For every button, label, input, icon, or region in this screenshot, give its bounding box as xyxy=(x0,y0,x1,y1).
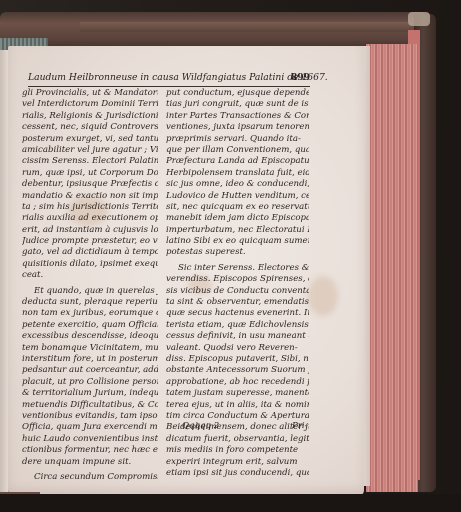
text-line: dicatum fuerit, observantia, legiti- xyxy=(166,434,309,445)
text-line: valeant. Quodsi vero Reveren- xyxy=(166,343,309,354)
text-line: ventiones, juxta ipsarum tenorem xyxy=(166,122,309,133)
text-line: interstitum fore, ut in posterum præ- xyxy=(22,354,158,365)
running-head-title: Laudum Heilbronneuse in causa Wildfangia… xyxy=(28,72,328,83)
catchword: Pri- xyxy=(292,421,308,431)
text-line: experiri integrum erit, salvum xyxy=(166,457,309,468)
text-line: sis vicibus de Conductu conventa ra- xyxy=(166,286,309,297)
text-line: cessent, nec, siquid Controversiæ in xyxy=(22,122,158,133)
text-line: quæ secus hactenus evenerint. In- xyxy=(166,308,309,319)
text-line: huic Laudo convenientibus instru- xyxy=(22,434,158,445)
text-line: Officia, quam Jura exercendi modus, xyxy=(22,422,158,433)
text-line: ventionibus evitandis, tam ipsorum xyxy=(22,411,158,422)
text-line: mandatio & exactio non sit impedi- xyxy=(22,191,158,202)
text-line: manebit idem jam dicto Episcopatui xyxy=(166,213,309,224)
text-line: metuendis Difficultatibus, & Con- xyxy=(22,400,158,411)
book-cover-edge xyxy=(80,22,410,32)
text-line: quisitionis dilato, ipsimet exequi li- xyxy=(22,259,158,270)
text-line: imperturbatum, nec Electoratui Pa- xyxy=(166,225,309,236)
text-line: sit, nec quicquam ex eo reservatum, xyxy=(166,202,309,213)
text-line: mis mediis in foro competente xyxy=(166,445,309,456)
text-line: erit, ad instantiam à cujusvis loci xyxy=(22,225,158,236)
text-line: etiam ipsi sit jus conducendi, quod in xyxy=(166,468,309,479)
text-line: sic jus omne, ideo & conducendi, uti xyxy=(166,179,309,190)
text-line: cessus definivit, in usu maneant & xyxy=(166,331,309,342)
text-line: deducta sunt, pleraque reperiuntur, xyxy=(22,297,158,308)
text-line: terea ejus, ut in aliis, ita & nomina- xyxy=(166,400,309,411)
text-line: gli Provincialis, ut & Mandatorum xyxy=(22,88,158,99)
text-line: Herbipolensem translata fuit, eidem xyxy=(166,168,309,179)
text-line: Præfectura Landa ad Episcopatum xyxy=(166,156,309,167)
text-line: tias juri congruit, quæ sunt de ista xyxy=(166,99,309,110)
text-line: Et quando, quæ in querelas jam xyxy=(22,286,158,297)
text-line: rialis auxilia ad executionem opus xyxy=(22,213,158,224)
text-line: Circa secundum Compromissi ca- xyxy=(22,472,158,483)
text-line: tem bonamque Vicinitatem, multum xyxy=(22,343,158,354)
text-line: obstante Antecessorum Suorum facta xyxy=(166,365,309,376)
text-line: & territorialium Jurium, indeque xyxy=(22,388,158,399)
text-line: Judice prompte præstetur, eo vero ne- xyxy=(22,236,158,247)
signature-mark: Qqqqq 2 xyxy=(182,421,219,431)
text-line: amicabiliter vel jure agatur ; Vi- xyxy=(22,145,158,156)
text-line: gato, vel ad dictidiaum à tempore re- xyxy=(22,247,158,258)
text-line: rum, quæ ipsi, ut Corporum Domino xyxy=(22,168,158,179)
text-line: inter Partes Transactiones & Con- xyxy=(166,111,309,122)
text-line: Sic inter Serenss. Electores & Re- xyxy=(166,263,309,274)
text-line: petente exercitio, quam Officialium xyxy=(22,320,158,331)
running-head: Laudum Heilbronneuse in causa Wildfangia… xyxy=(28,72,310,87)
text-line: rialis, Religionis & Jurisdictionis xyxy=(22,111,158,122)
page-number: 899 xyxy=(291,72,310,83)
text-line: ta ; sim his jurisdictionis Territo- xyxy=(22,202,158,213)
cover-corner-wear xyxy=(408,12,430,26)
text-line: potestas superest. xyxy=(166,247,309,258)
text-line: que per illam Conventionem, quæ xyxy=(166,145,309,156)
text-line: approbatione, ab hoc recedendi facul- xyxy=(166,377,309,388)
book-spine-gutter xyxy=(0,50,8,500)
red-page-edges xyxy=(366,44,418,492)
paper-stain xyxy=(308,276,338,316)
book-cover-bottom xyxy=(0,494,461,512)
text-line: non tam ex juribus, eorumque com- xyxy=(22,308,158,319)
text-line: ta sint & observentur, emendatis iis, xyxy=(166,297,309,308)
text-line: Ludovico de Hutten venditum, ces- xyxy=(166,191,309,202)
text-line: verendiss. Episcopos Spirenses, diver- xyxy=(166,274,309,285)
text-line: latino Sibi ex eo quicquam sumendi xyxy=(166,236,309,247)
text-line: pedsantur aut coerceantur, addere xyxy=(22,365,158,376)
text-line: cissim Serenss. Electori Palatino co- xyxy=(22,156,158,167)
text-line: placuit, ut pro Collisione personalium xyxy=(22,377,158,388)
text-line: put conductum, ejusque dependen- xyxy=(166,88,309,99)
text-line: terista etiam, quæ Edichovlensis Re- xyxy=(166,320,309,331)
text-line: ceat. xyxy=(22,270,158,281)
text-line: dere unquam impune sit. xyxy=(22,457,158,468)
text-column-left: gli Provincialis, ut & Mandatorumvel Int… xyxy=(22,88,158,483)
text-line: diss. Episcopus putaverit, Sibi, non xyxy=(166,354,309,365)
text-line: debentur, ipsiusque Præfectis de- xyxy=(22,179,158,190)
text-line: excessibus descendisse, ideoque ad pa- xyxy=(22,331,158,342)
text-line: tatem justam superesse, manente in- xyxy=(166,388,309,399)
text-line: posterum exurget, vi, sed tantum xyxy=(22,134,158,145)
text-line: præprimis servari. Quando ita- xyxy=(166,134,309,145)
text-line: vel Interdictorum Dominii Territo xyxy=(22,99,158,110)
text-line: ctionibus formentur, nec hæc exce- xyxy=(22,445,158,456)
